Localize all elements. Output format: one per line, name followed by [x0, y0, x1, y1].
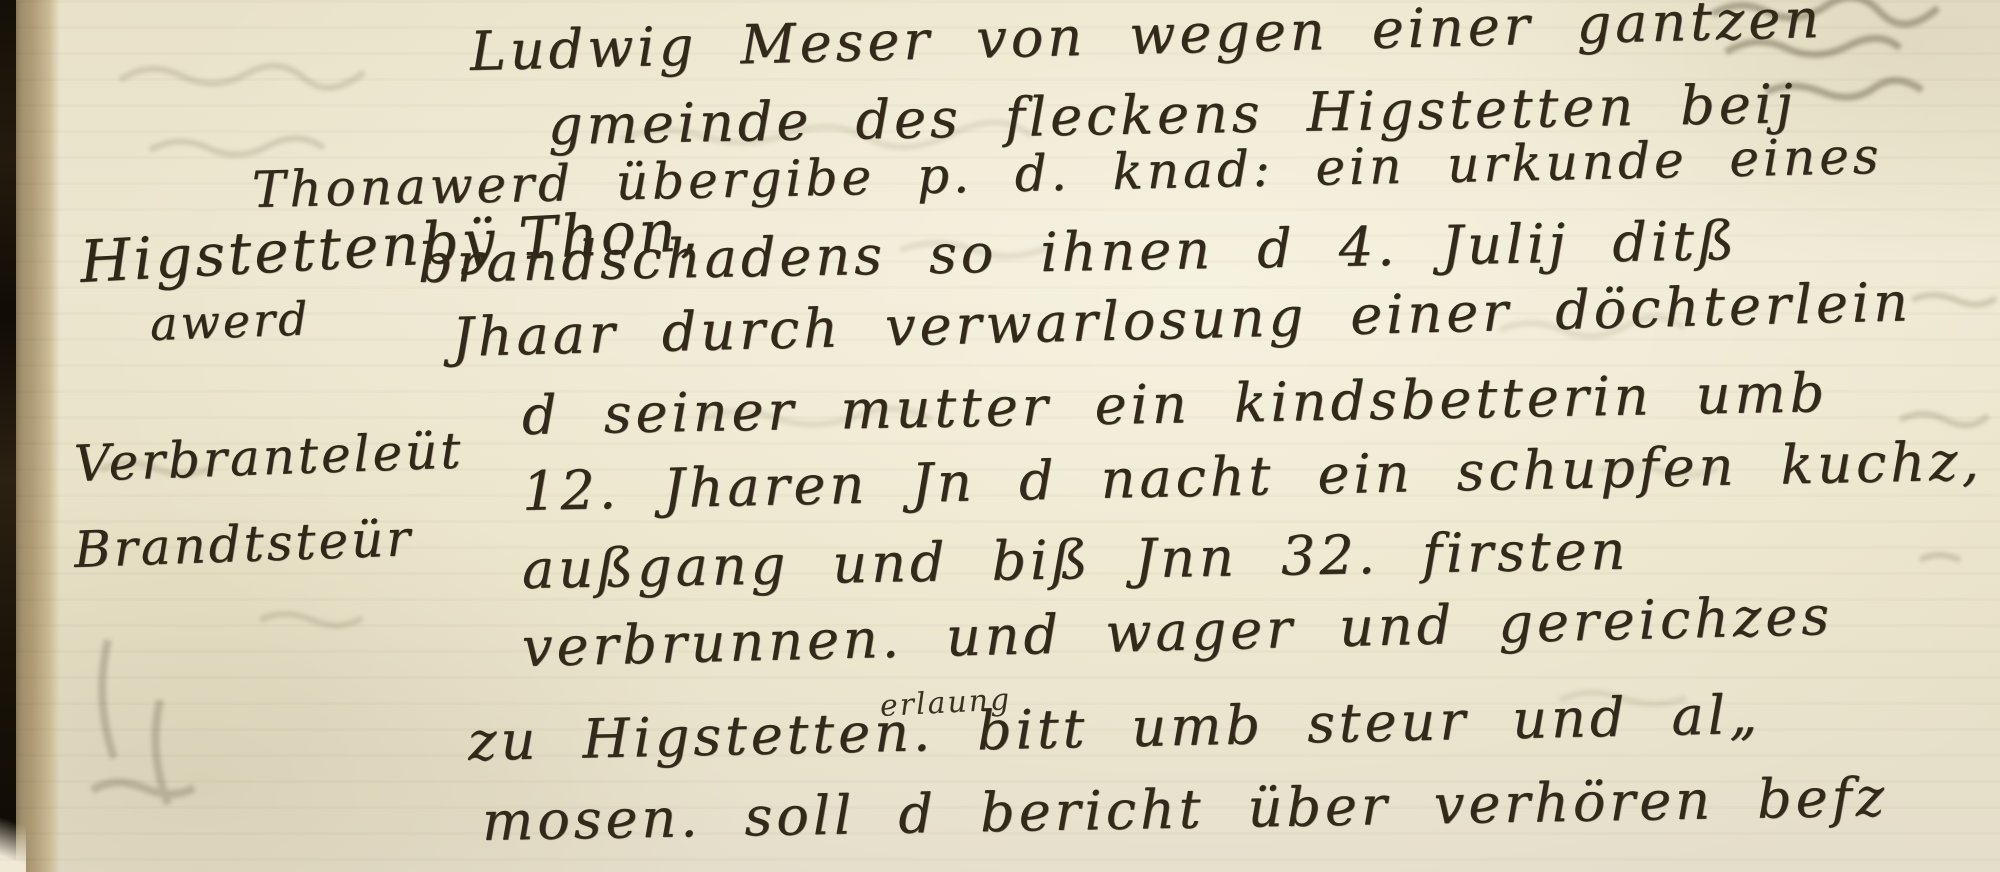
body-line-11: mosen. soll d bericht über verhören befz [482, 769, 1889, 850]
body-line-10: zu Higstetten. bitt umb steur und al„ [467, 687, 1761, 771]
body-line-1: Ludwig Meser von wegen einer gantzen [469, 0, 1823, 81]
margin-note-verbranteleut: Verbranteleüt [73, 424, 464, 490]
paper-corner-highlight [0, 802, 26, 872]
margin-note-brandtsteur: Brandtsteür [73, 512, 414, 576]
page-edge-shading [16, 0, 60, 872]
bleed-through-bottom-left [92, 640, 194, 804]
bleed-through-right-edge [1900, 295, 1996, 560]
body-line-9: verbrunnen. und wager und gereichzes [521, 588, 1833, 677]
body-line-6: d seiner mutter ein kindsbetterin umb [522, 365, 1829, 444]
body-line-7: 12. Jharen Jn d nacht ein schupfen kuchz… [521, 433, 1983, 520]
margin-note-place-2: awerd [149, 294, 311, 348]
body-line-8: außgang und biß Jnn 32. firsten [522, 523, 1630, 599]
binding-edge [0, 0, 16, 872]
manuscript-page: Higstettenbÿ Thon, awerd Verbranteleüt B… [0, 0, 2000, 872]
